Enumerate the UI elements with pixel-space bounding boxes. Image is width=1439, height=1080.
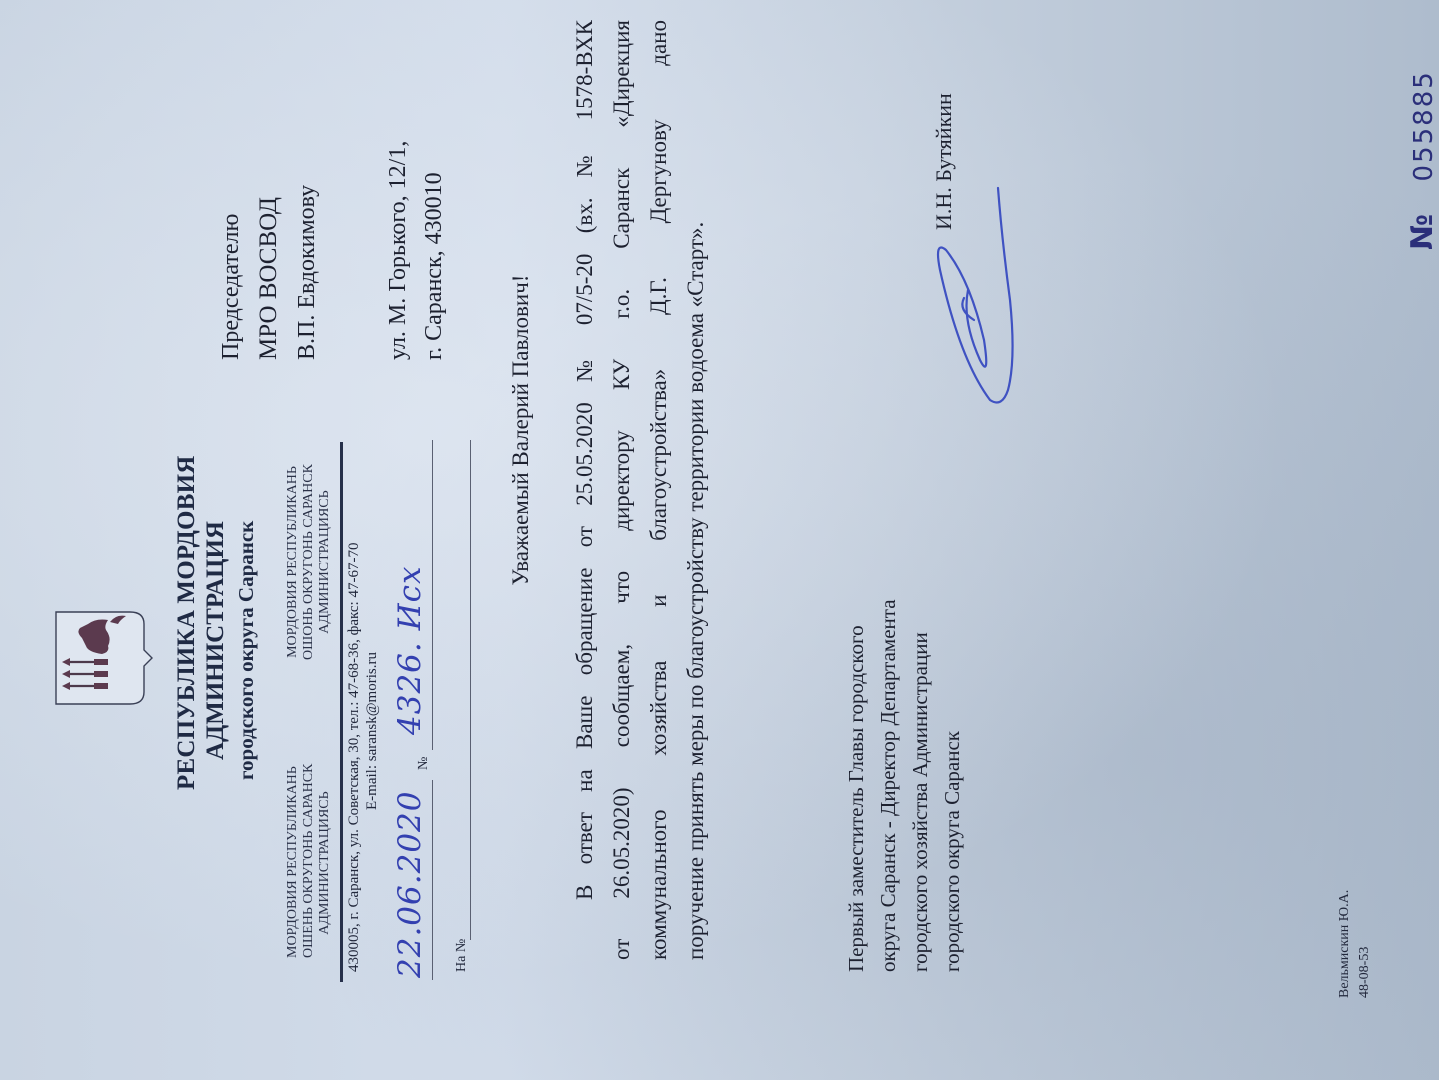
recipient-line: МРО ВОСВОД bbox=[250, 185, 288, 360]
recipient-address-line: г. Саранск, 430010 bbox=[416, 141, 452, 360]
recipient-line: Председателю bbox=[212, 185, 250, 360]
letter-body: В ответ на Ваше обращение от 25.05.2020 … bbox=[566, 20, 714, 960]
letterhead-region: РЕСПУБЛИКА МОРДОВИЯ bbox=[173, 190, 201, 790]
letterhead-email: E-mail: saransk@moris.ru bbox=[363, 652, 381, 810]
letterhead-organization: АДМИНИСТРАЦИЯ bbox=[202, 521, 230, 760]
number-underline bbox=[432, 440, 433, 750]
form-number-label: № bbox=[1405, 214, 1439, 250]
executor-phone: 48-08-53 bbox=[1355, 890, 1375, 998]
recipient-block: Председателю МРО ВОСВОД В.П. Евдокимову bbox=[212, 185, 326, 360]
signatory-title-line: округа Саранск - Директор Департамента bbox=[872, 599, 904, 972]
letterhead-moksha-right: МОРДОВИЯ РЕСПУБЛИКАНЬ ОШОНЬ ОКРУГОНЬ САР… bbox=[285, 462, 333, 662]
signatory-title-line: городского округа Саранск bbox=[936, 599, 968, 972]
reply-to-label: На № bbox=[454, 939, 470, 972]
body-line: поручение принять меры по благоустройств… bbox=[677, 20, 714, 960]
letterhead-divider bbox=[340, 442, 343, 982]
recipient-line: В.П. Евдокимову bbox=[288, 185, 326, 360]
executor-name: Вельмискин Ю.А. bbox=[1335, 890, 1355, 998]
form-number-value: 055885 bbox=[1409, 70, 1439, 181]
moksha-right-line: МОРДОВИЯ РЕСПУБЛИКАНЬ bbox=[285, 462, 301, 662]
recipient-address-line: ул. М. Горького, 12/1, bbox=[380, 141, 416, 360]
moksha-right-line: АДМИНИСТРАЦИЯСЬ bbox=[317, 462, 333, 662]
executor-info: Вельмискин Ю.А. 48-08-53 bbox=[1335, 890, 1375, 998]
body-line: В ответ на Ваше обращение от 25.05.2020 … bbox=[566, 20, 603, 960]
recipient-address: ул. М. Горького, 12/1, г. Саранск, 43001… bbox=[380, 141, 452, 360]
reply-to-underline bbox=[470, 440, 471, 940]
coat-of-arms-icon bbox=[52, 608, 156, 708]
registration-date: 22.06.2020 bbox=[392, 791, 428, 979]
body-line: коммунального хозяйства и благоустройств… bbox=[640, 20, 677, 960]
handwritten-signature-icon bbox=[890, 180, 1030, 420]
form-number: № 055885 bbox=[1405, 70, 1439, 250]
date-underline bbox=[432, 780, 433, 980]
moksha-left-line: МОРДОВИЯ РЕСПУБЛИКАНЬ bbox=[285, 768, 301, 958]
moksha-left-line: ОШЕНЬ ОКРУГОНЬ САРАНСК bbox=[301, 768, 317, 958]
registration-number: 4326. Исх bbox=[392, 566, 428, 735]
letterhead-moksha-left: МОРДОВИЯ РЕСПУБЛИКАНЬ ОШЕНЬ ОКРУГОНЬ САР… bbox=[285, 768, 333, 958]
body-line: от 26.05.2020) сообщаем, что директору К… bbox=[603, 20, 640, 960]
signer-name: И.Н. Бутяйкин bbox=[928, 93, 960, 230]
letterhead-address: 430005, г. Саранск, ул. Советская, 30, т… bbox=[345, 543, 363, 972]
letterhead-district: городского округа Саранск bbox=[234, 521, 259, 780]
moksha-right-line: ОШОНЬ ОКРУГОНЬ САРАНСК bbox=[301, 462, 317, 662]
signatory-title-line: городского хозяйства Администрации bbox=[904, 599, 936, 972]
letter-sheet: РЕСПУБЛИКА МОРДОВИЯ АДМИНИСТРАЦИЯ городс… bbox=[0, 0, 1439, 1080]
salutation: Уважаемый Валерий Павлович! bbox=[508, 0, 534, 1080]
registration-number-label: № bbox=[416, 757, 432, 770]
signatory-title: Первый заместитель Главы городского окру… bbox=[840, 599, 968, 972]
moksha-left-line: АДМИНИСТРАЦИЯСЬ bbox=[317, 768, 333, 958]
signatory-title-line: Первый заместитель Главы городского bbox=[840, 599, 872, 972]
